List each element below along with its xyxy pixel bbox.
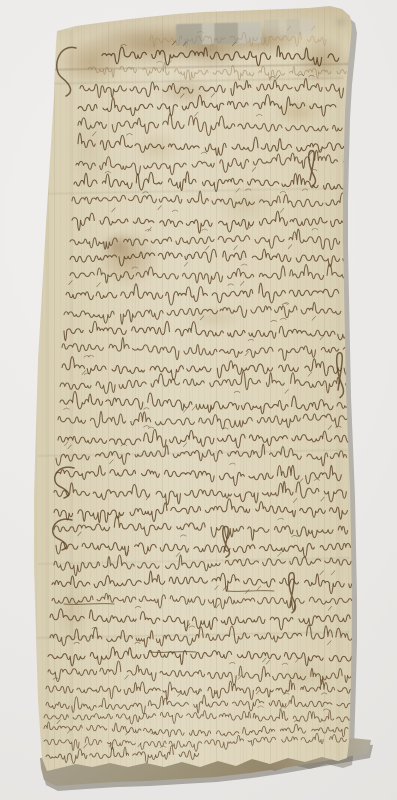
stain [44, 28, 140, 96]
stain [264, 94, 332, 130]
tape-remnant-patch [176, 22, 263, 45]
stain [126, 126, 190, 170]
manuscript-page [0, 0, 397, 800]
stain [84, 218, 172, 298]
crease-line [37, 631, 350, 639]
stain [265, 651, 345, 699]
crease-line [70, 30, 72, 760]
stain [144, 72, 228, 112]
crease-line [40, 187, 345, 195]
tape-remnant-patch-2 [264, 18, 315, 36]
stain [46, 566, 98, 658]
crease-line [44, 77, 344, 85]
crease-line [38, 449, 348, 457]
crease-line [38, 557, 350, 565]
stain [96, 228, 140, 264]
stain [333, 16, 349, 28]
crease-line [338, 20, 340, 760]
crease-line [40, 63, 350, 71]
stain [177, 302, 253, 334]
manuscript-photo [0, 0, 397, 800]
